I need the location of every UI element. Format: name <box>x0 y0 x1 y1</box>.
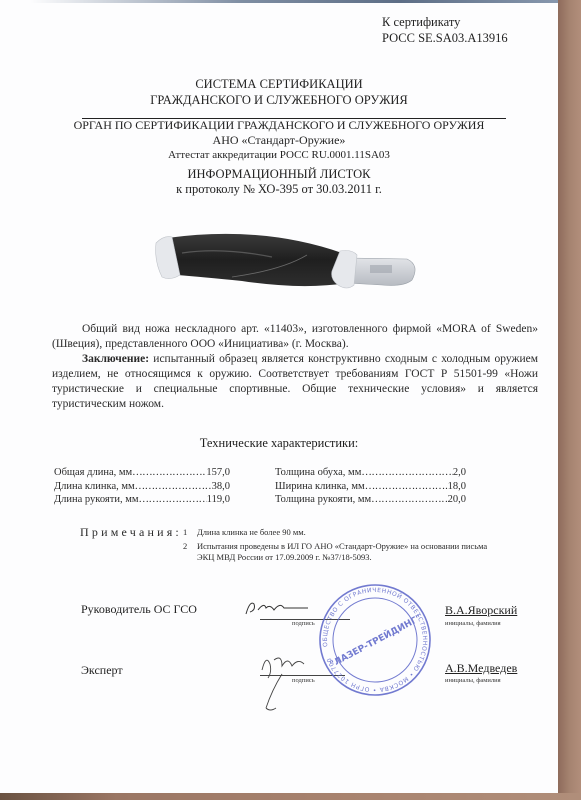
signatory-name: А.В.Медведев <box>445 661 517 676</box>
spec-value: 18,0 <box>448 480 466 494</box>
knife-description: Общий вид ножа нескладного арт. «11403»,… <box>52 322 538 352</box>
spec-label: Длина рукояти, мм <box>54 493 138 507</box>
spec-row: Длина рукояти, мм119,0 <box>54 493 230 507</box>
knife-photo <box>142 225 432 300</box>
spec-label: Ширина клинка, мм <box>275 480 365 494</box>
specs-left-column: Общая длина, мм157,0 Длина клинка, мм38,… <box>54 466 230 507</box>
name-caption: инициалы, фамилия <box>445 677 501 684</box>
document-title: ИНФОРМАЦИОННЫЙ ЛИСТОК <box>0 167 558 182</box>
scan-shadow-top <box>30 0 558 3</box>
scan-background-bottom <box>0 793 581 800</box>
spec-row: Толщина рукояти, мм20,0 <box>275 493 466 507</box>
description-block: Общий вид ножа нескладного арт. «11403»,… <box>52 322 538 412</box>
handwritten-signature-icon <box>238 596 318 618</box>
certification-body: ОРГАН ПО СЕРТИФИКАЦИИ ГРАЖДАНСКОГО И СЛУ… <box>0 118 558 133</box>
certificate-reference: К сертификату РОСС SE.SA03.A13916 <box>382 14 508 46</box>
conclusion-paragraph: Заключение: испытанный образец является … <box>52 352 538 412</box>
name-caption: инициалы, фамилия <box>445 620 501 627</box>
stamp-seal-icon: ОБЩЕСТВО С ОГРАНИЧЕННОЙ ОТВЕТСТВЕННОСТЬЮ… <box>310 584 440 696</box>
spec-label: Толщина обуха, мм <box>275 466 361 480</box>
scan-background-right <box>558 0 581 800</box>
signatory-role: Эксперт <box>81 663 123 678</box>
system-title-line-2: ГРАЖДАНСКОГО И СЛУЖЕБНОГО ОРУЖИЯ <box>0 93 558 108</box>
spec-label: Общая длина, мм <box>54 466 132 480</box>
knife-icon <box>142 225 432 295</box>
document-page: К сертификату РОСС SE.SA03.A13916 СИСТЕМ… <box>0 0 558 793</box>
protocol-reference: к протоколу № ХО-395 от 30.03.2011 г. <box>0 182 558 197</box>
note-text: Испытания проведены в ИЛ ГО АНО «Стандар… <box>197 541 497 563</box>
note-number: 1 <box>183 527 187 537</box>
spec-value: 157,0 <box>206 466 230 480</box>
specs-title: Технические характеристики: <box>0 436 558 451</box>
spec-label: Длина клинка, мм <box>54 480 135 494</box>
spec-label: Толщина рукояти, мм <box>275 493 371 507</box>
signatory-role: Руководитель ОС ГСО <box>81 602 197 617</box>
note-text: Длина клинка не более 90 мм. <box>197 527 306 538</box>
conclusion-label: Заключение: <box>82 353 149 365</box>
spec-value: 20,0 <box>448 493 466 507</box>
signatory-name: В.А.Яворский <box>445 603 517 618</box>
spec-row: Ширина клинка, мм18,0 <box>275 480 466 494</box>
spec-value: 2,0 <box>453 466 466 480</box>
accreditation-number: Аттестат аккредитации РОСС RU.0001.11SA0… <box>0 148 558 163</box>
spec-row: Толщина обуха, мм2,0 <box>275 466 466 480</box>
notes-title: Примечания: <box>80 525 182 540</box>
organization-name: АНО «Стандарт-Оружие» <box>0 133 558 148</box>
spec-row: Длина клинка, мм38,0 <box>54 480 230 494</box>
organization-stamp: ОБЩЕСТВО С ОГРАНИЧЕННОЙ ОТВЕТСТВЕННОСТЬЮ… <box>310 584 440 701</box>
system-title-line-1: СИСТЕМА СЕРТИФИКАЦИИ <box>0 77 558 92</box>
svg-text:"ЛАЗЕР-ТРЕЙДИНГ": "ЛАЗЕР-ТРЕЙДИНГ" <box>328 612 424 670</box>
specs-right-column: Толщина обуха, мм2,0 Ширина клинка, мм18… <box>275 466 466 507</box>
spec-value: 38,0 <box>212 480 230 494</box>
reference-number: РОСС SE.SA03.A13916 <box>382 30 508 46</box>
reference-line-1: К сертификату <box>382 14 508 30</box>
spec-value: 119,0 <box>207 493 230 507</box>
note-number: 2 <box>183 541 187 551</box>
spec-row: Общая длина, мм157,0 <box>54 466 230 480</box>
